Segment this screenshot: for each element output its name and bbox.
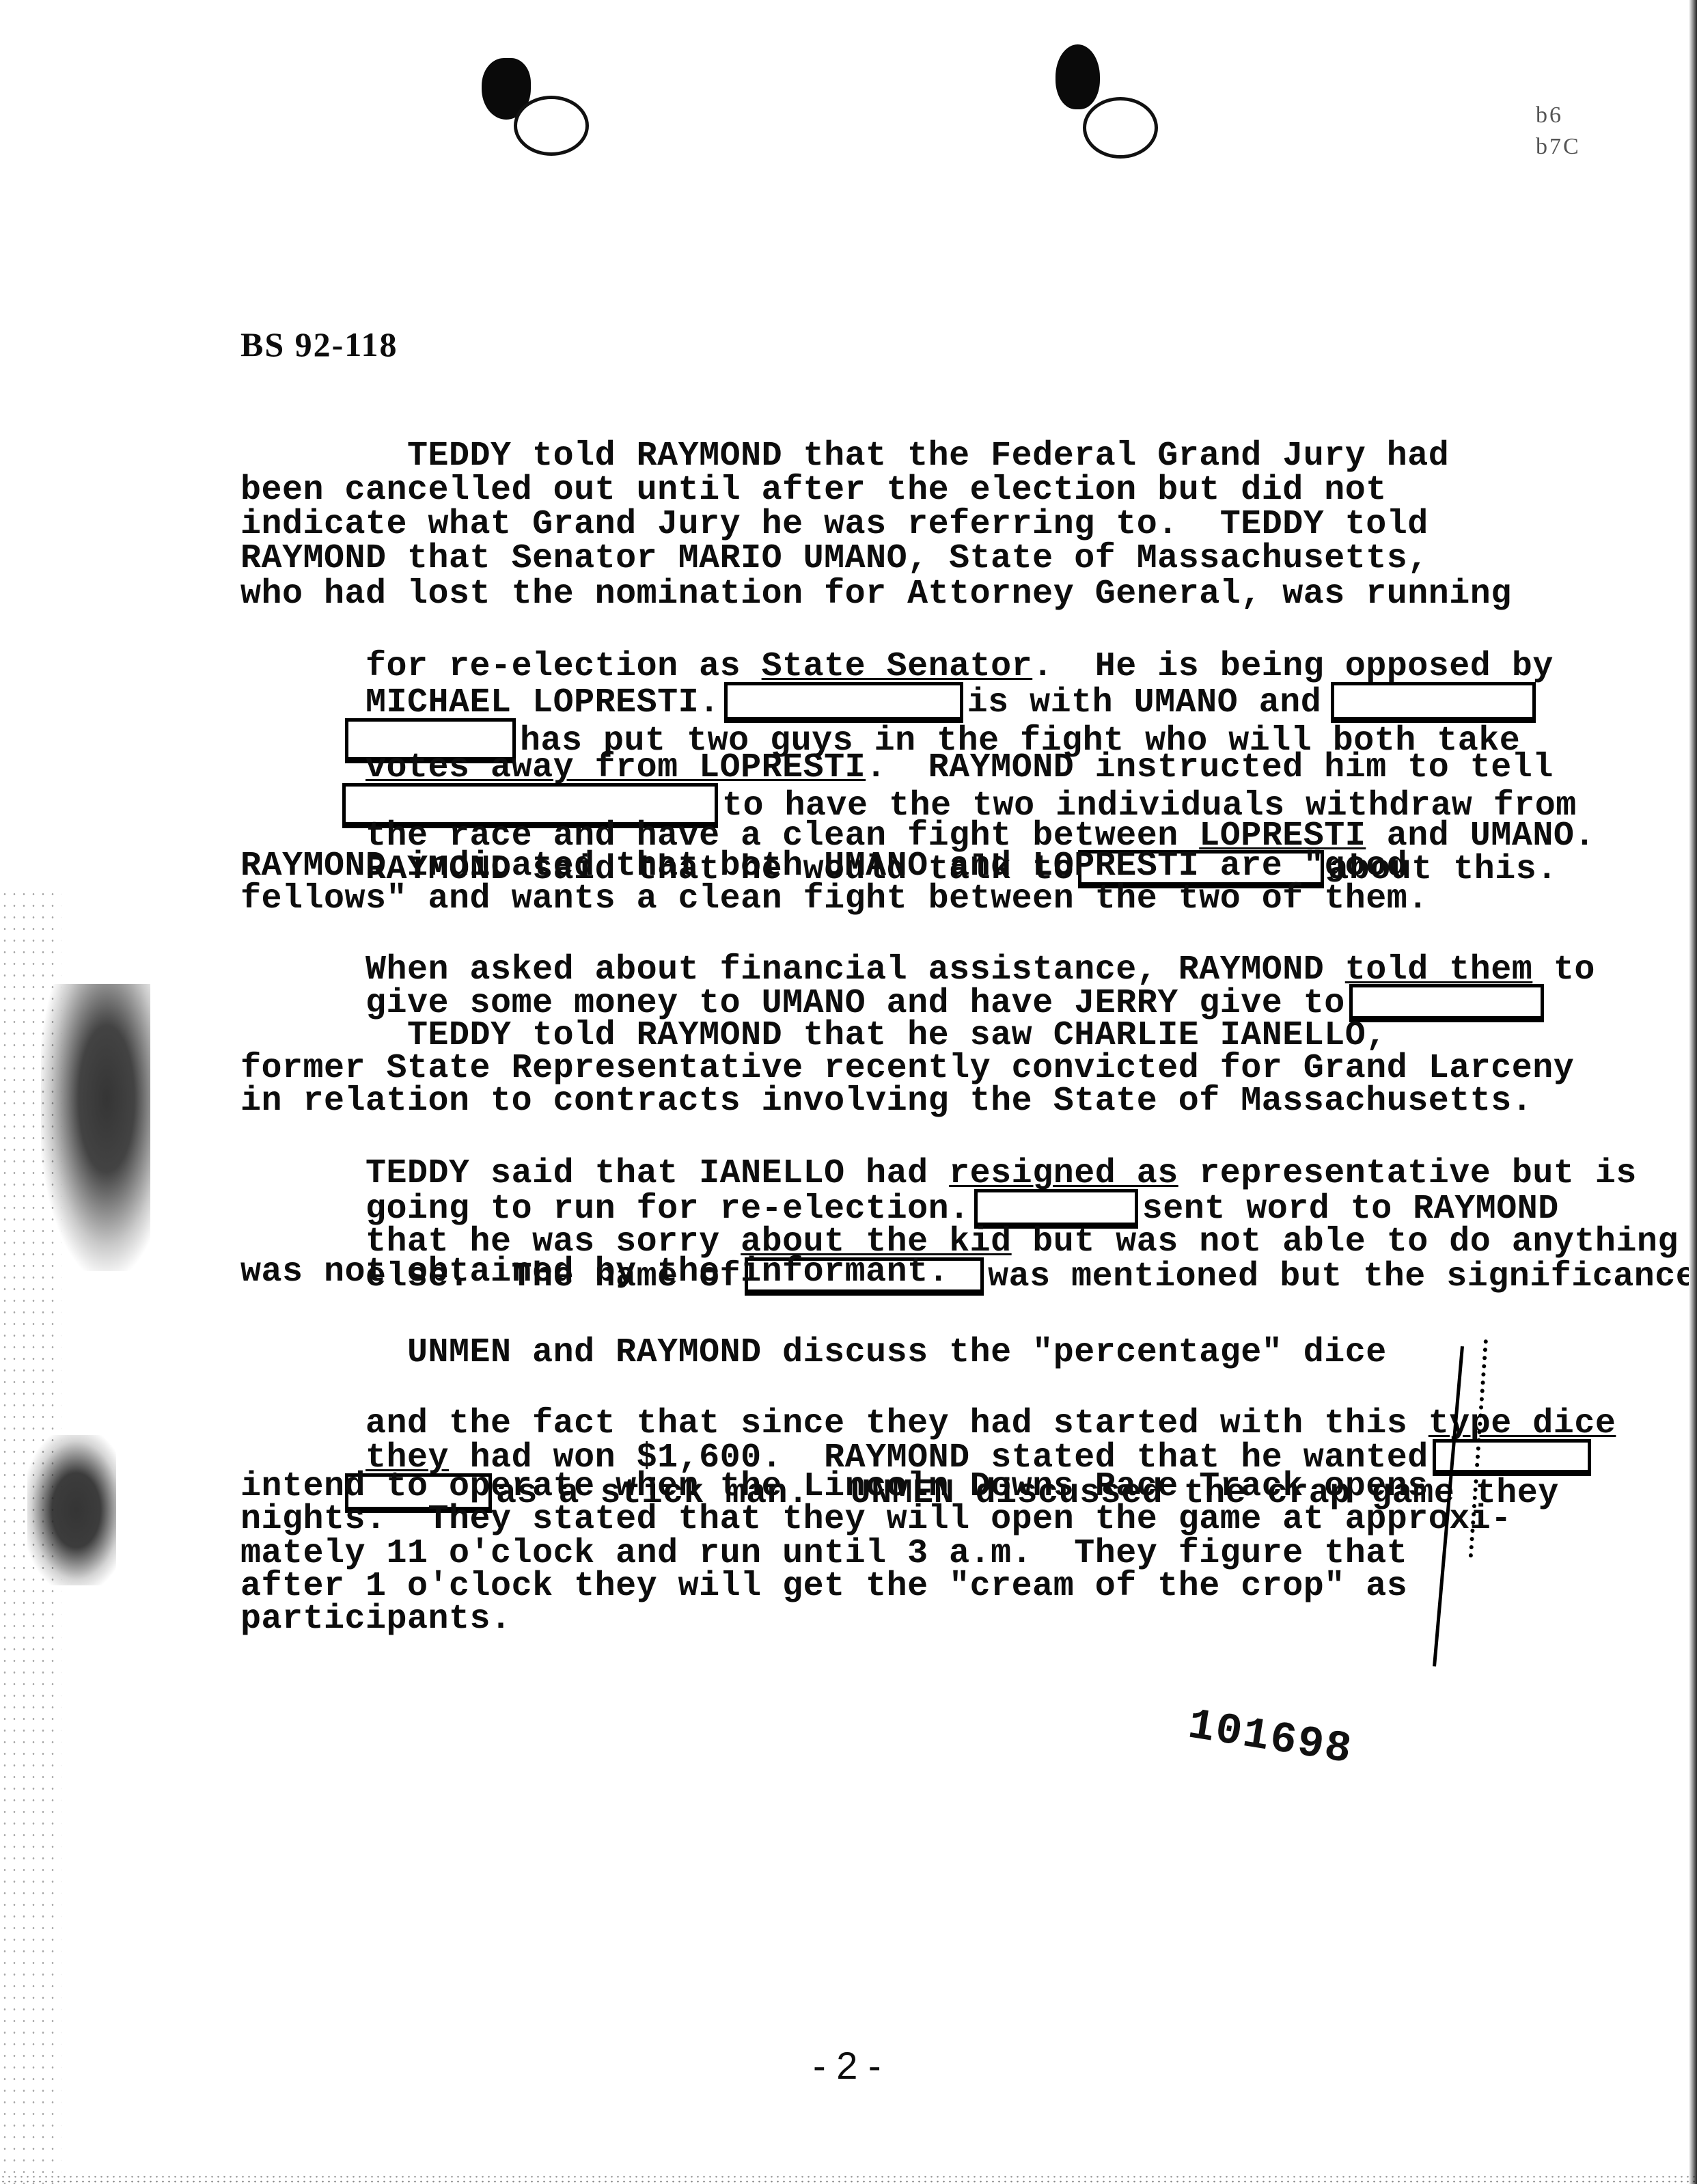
file-number: BS 92-118 [240, 325, 398, 364]
exemption-code-b6: b6 [1536, 103, 1563, 128]
line-text: indicate what Grand Jury he was referrin… [240, 505, 1429, 544]
text-line: indicate what Grand Jury he was referrin… [240, 506, 1429, 544]
document-page: b6 b7C BS 92-118 TEDDY told RAYMOND that… [0, 0, 1697, 2184]
text-line: TEDDY told RAYMOND that the Federal Gran… [240, 437, 1449, 476]
page-edge-noise [0, 2174, 1697, 2184]
text-line: participants. [240, 1600, 512, 1639]
line-text: was mentioned but the significance [988, 1257, 1696, 1296]
line-text: TEDDY told RAYMOND that the Federal Gran… [240, 437, 1449, 476]
punch-hole-left-ring [514, 96, 589, 156]
text-line: nights. They stated that they will open … [240, 1501, 1512, 1539]
page-number: - 2 - [813, 2043, 881, 2088]
text-line: who had lost the nomination for Attorney… [240, 575, 1512, 614]
line-text: in relation to contracts involving the S… [240, 1082, 1532, 1121]
text-line: RAYMOND that Senator MARIO UMANO, State … [240, 540, 1429, 578]
text-line: in relation to contracts involving the S… [240, 1082, 1532, 1121]
line-text: participants. [240, 1600, 512, 1639]
scan-smudge [27, 1435, 116, 1585]
line-text: been cancelled out until after the elect… [240, 471, 1387, 510]
punch-hole-right-ring [1083, 97, 1158, 159]
page-edge-shadow [1689, 0, 1697, 2184]
text-line: was not obtained by the informant. [240, 1253, 949, 1292]
line-text: nights. They stated that they will open … [240, 1500, 1512, 1539]
line-text: who had lost the nomination for Attorney… [240, 575, 1512, 614]
exemption-code-b7c: b7C [1536, 134, 1581, 160]
text-line: been cancelled out until after the elect… [240, 472, 1387, 510]
line-text: RAYMOND that Senator MARIO UMANO, State … [240, 539, 1429, 578]
serial-number-stamp: 101698 [1185, 1701, 1356, 1775]
scan-smudge [41, 984, 150, 1271]
line-text: was not obtained by the informant. [240, 1253, 949, 1292]
punch-hole-right [1056, 44, 1100, 109]
